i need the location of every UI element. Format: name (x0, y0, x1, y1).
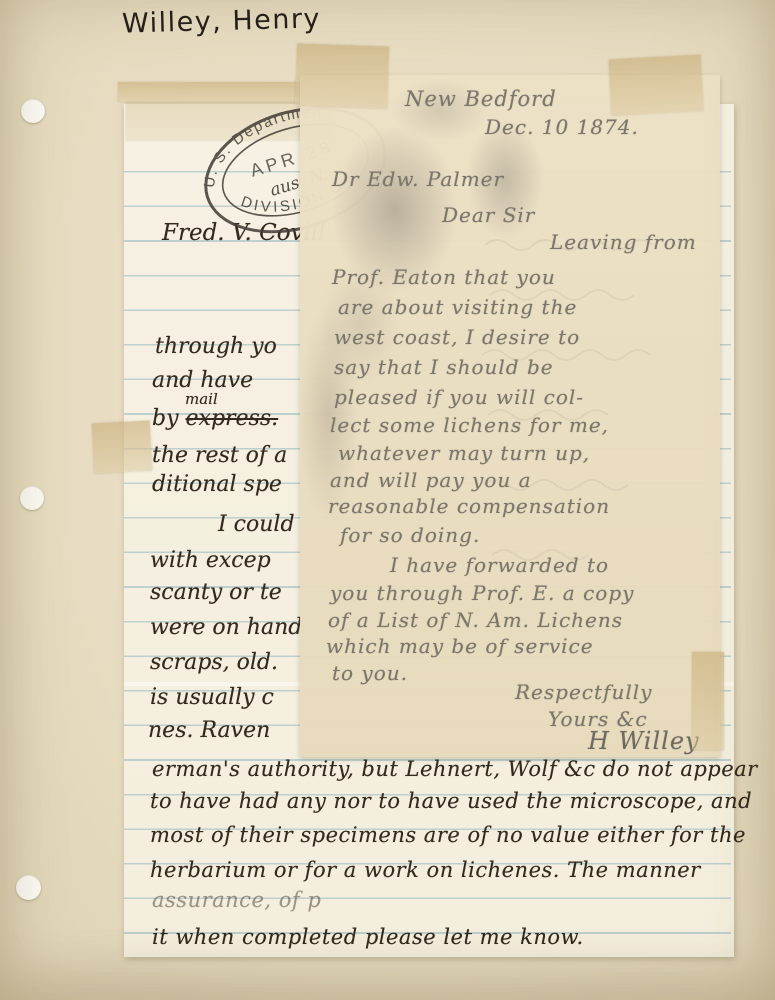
tape-strip (692, 652, 724, 750)
punch-hole (20, 486, 44, 510)
letter-salutation: Dear Sir (442, 203, 535, 227)
fragment-line: is usually c (150, 685, 274, 710)
fragment-line: ditional spe (152, 472, 282, 497)
tape-strip (609, 55, 704, 116)
punch-hole (16, 875, 41, 900)
letter-body-line: to you. (332, 661, 408, 685)
letter-date: Dec. 10 1874. (485, 115, 639, 139)
bottom-line-faint: assurance, of p (152, 888, 321, 912)
letter-body-line: you through Prof. E. a copy (330, 581, 634, 605)
catalog-annotation: Willey, Henry (122, 3, 322, 39)
letter-body-line: whatever may turn up, (338, 441, 590, 465)
album-page-scan: Willey, Henry Fred. V. Covill through yo… (0, 0, 775, 1000)
correction-prefix: by (152, 406, 186, 431)
letter-body-line: for so doing. (340, 523, 480, 547)
letter-recipient: Dr Edw. Palmer (332, 167, 504, 191)
letter-body-line: pleased if you will col- (334, 385, 584, 409)
letter-body-line: say that I should be (334, 355, 554, 379)
bottom-line: erman's authority, but Lehnert, Wolf &c … (152, 757, 758, 781)
fragment-line: I could (218, 512, 295, 537)
fragment-line: were on hand (150, 615, 302, 640)
bottom-line: herbarium or for a work on lichenes. The… (150, 858, 701, 882)
punch-hole (21, 99, 45, 123)
letter-body-line: Prof. Eaton that you (332, 265, 556, 289)
letter-body-line: of a List of N. Am. Lichens (328, 608, 623, 632)
fragment-line: with excep (150, 548, 271, 573)
letter-body-line: are about visiting the (338, 295, 577, 319)
letter-body-line: and will pay you a (330, 468, 532, 492)
letter-body-line: I have forwarded to (390, 553, 609, 577)
letter-body-line: which may be of service (326, 634, 594, 658)
letter-closing-line: Respectfully (515, 680, 652, 704)
letter-body-line: west coast, I desire to (334, 325, 580, 349)
tape-strip (92, 421, 153, 474)
letter-body-line: lect some lichens for me, (330, 413, 609, 437)
struck-word: express. (186, 406, 279, 431)
fragment-line: scraps, old. (150, 650, 278, 675)
tape-strip (295, 43, 389, 108)
fragment-line: scanty or te (150, 580, 282, 605)
letter-body-line: reasonable compensation (328, 494, 610, 518)
bottom-line: to have had any nor to have used the mic… (150, 789, 752, 813)
bottom-line: most of their specimens are of no value … (150, 823, 746, 847)
letter-place: New Bedford (405, 87, 557, 111)
overlay-letter-sheet: New Bedford Dec. 10 1874. Dr Edw. Palmer… (300, 75, 720, 757)
letter-signature: H Willey (588, 727, 700, 755)
letter-body-line: Leaving from (550, 230, 697, 254)
fragment-line: nes. Raven (148, 718, 270, 743)
corrected-line: by express. (152, 406, 278, 431)
fragment-line: through yo (155, 334, 277, 359)
fragment-line: the rest of a (152, 443, 287, 468)
bottom-line: it when completed please let me know. (152, 925, 584, 949)
